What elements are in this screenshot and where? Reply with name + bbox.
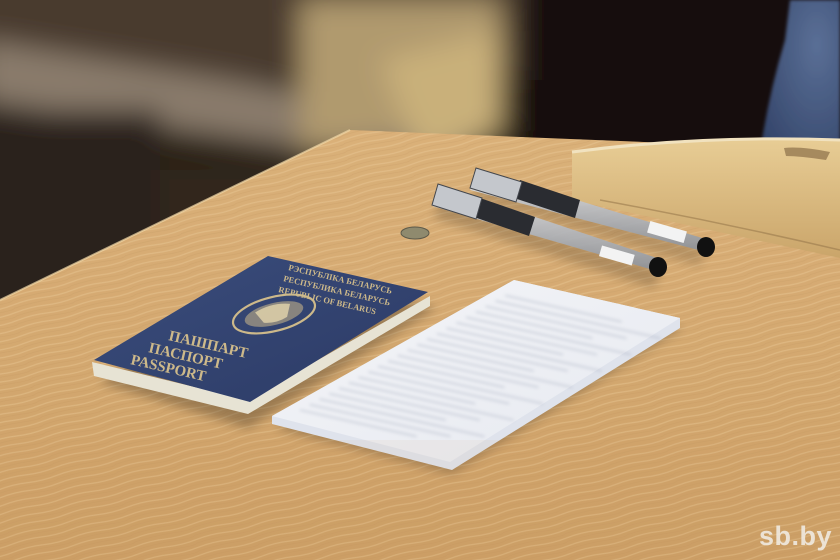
watermark-logo: sb.by [759, 521, 832, 552]
photo-scene: РЭСПУБЛІКА БЕЛАРУСЬ РЕСПУБЛИКА БЕЛАРУСЬ … [0, 0, 840, 560]
metal-pin [401, 227, 429, 239]
photo-canvas: РЭСПУБЛІКА БЕЛАРУСЬ РЕСПУБЛИКА БЕЛАРУСЬ … [0, 0, 840, 560]
